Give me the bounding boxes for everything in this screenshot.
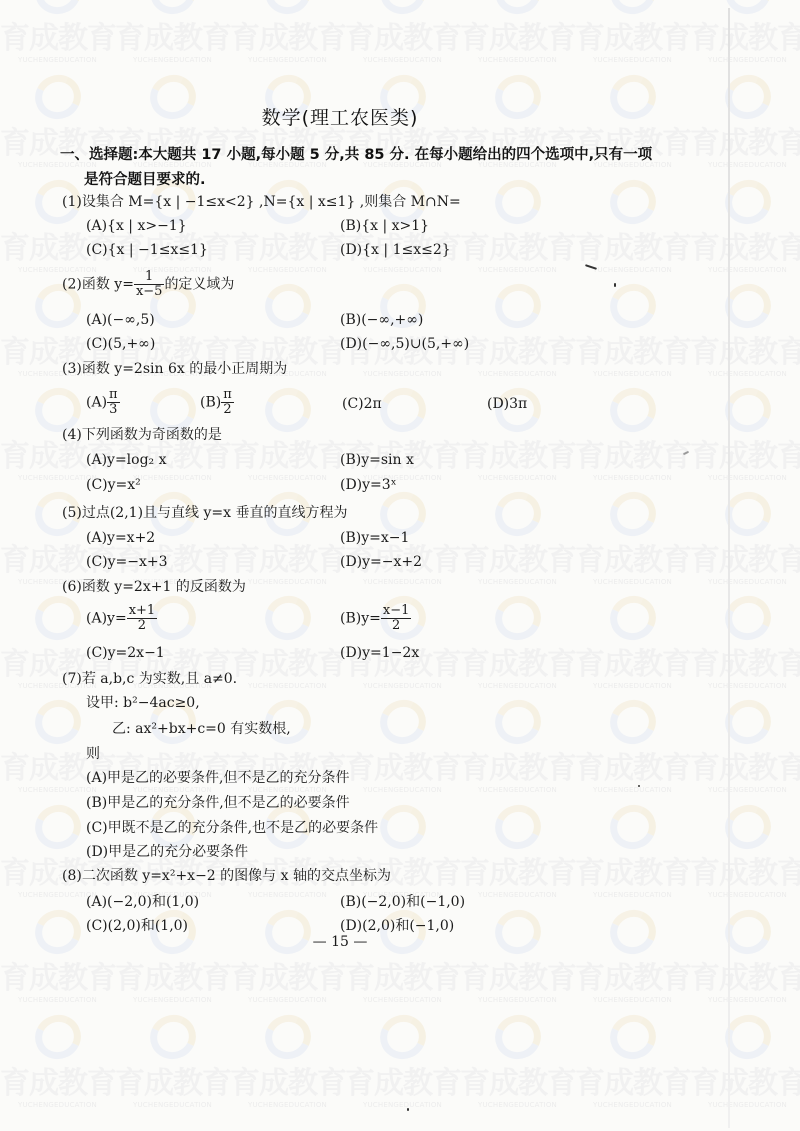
fraction: 1x−5: [134, 270, 165, 299]
question-number: (5): [62, 505, 82, 521]
question-number: (1): [62, 194, 82, 210]
q1-option-d: (D){x | 1≤x≤2}: [340, 240, 451, 260]
q7-then: 则: [86, 744, 100, 764]
q2-option-d: (D)(−∞,5)∪(5,+∞): [340, 334, 469, 354]
q8-option-c: (C)(2,0)和(1,0): [86, 916, 188, 936]
question-3: (3)函数 y=2sin 6x 的最小正周期为: [62, 359, 287, 379]
fraction-numerator: π: [221, 388, 234, 403]
question-stem: 若 a,b,c 为实数,且 a≠0.: [82, 671, 237, 687]
question-stem: 函数 y=2x+1 的反函数为: [82, 579, 246, 595]
q5-option-c: (C)y=−x+3: [86, 552, 168, 572]
exam-page: 数学(理工农医类) 一、选择题:本大题共 17 小题,每小题 5 分,共 85 …: [0, 0, 800, 1131]
q3-option-b: (B)π2: [200, 388, 234, 417]
question-8: (8)二次函数 y=x²+x−2 的图像与 x 轴的交点坐标为: [62, 866, 391, 886]
question-stem: 函数 y=2sin 6x 的最小正周期为: [82, 361, 287, 377]
fraction-numerator: x+1: [127, 604, 158, 619]
q6-option-c: (C)y=2x−1: [86, 643, 165, 663]
fraction-numerator: x−1: [381, 604, 412, 619]
q3-option-a: (A)π3: [86, 388, 120, 417]
question-number: (4): [62, 427, 82, 443]
question-number: (2): [62, 277, 82, 293]
q7-condition-jia: 设甲: b²−4ac≥0,: [86, 693, 200, 713]
q8-option-b: (B)(−2,0)和(−1,0): [340, 892, 465, 912]
fraction: π2: [221, 388, 234, 417]
q4-option-c: (C)y=x²: [86, 475, 141, 495]
q4-option-a: (A)y=log₂ x: [86, 450, 167, 470]
fraction: x+12: [127, 604, 158, 633]
scan-speck: [638, 785, 640, 787]
question-number: (3): [62, 361, 82, 377]
q6-option-a: (A)y=x+12: [86, 604, 157, 633]
question-1: (1)设集合 M={x | −1≤x<2} ,N={x | x≤1} ,则集合 …: [62, 192, 461, 212]
question-stem: 下列函数为奇函数的是: [82, 427, 222, 443]
option-label: (A): [86, 395, 107, 411]
fraction-denominator: 2: [221, 403, 234, 417]
page-number: — 15 —: [0, 934, 680, 950]
q7-option-b: (B)甲是乙的充分条件,但不是乙的必要条件: [86, 793, 350, 813]
q8-option-d: (D)(2,0)和(−1,0): [340, 916, 454, 936]
scan-speck: [614, 283, 616, 287]
q1-option-b: (B){x | x>1}: [340, 216, 429, 236]
q6-option-b: (B)y=x−12: [340, 604, 411, 633]
fraction: π3: [107, 388, 120, 417]
q5-option-a: (A)y=x+2: [86, 528, 155, 548]
q3-option-d: (D)3π: [487, 394, 527, 414]
section-heading-line2: 是符合题目要求的.: [60, 168, 680, 193]
section-heading: 一、选择题:本大题共 17 小题,每小题 5 分,共 85 分. 在每小题给出的…: [60, 143, 680, 193]
q7-option-c: (C)甲既不是乙的充分条件,也不是乙的必要条件: [86, 818, 378, 838]
fraction-denominator: x−5: [134, 285, 165, 299]
scan-speck: [585, 264, 597, 270]
q1-option-a: (A){x | x>−1}: [86, 216, 187, 236]
fraction-numerator: π: [107, 388, 120, 403]
question-number: (6): [62, 579, 82, 595]
page-title: 数学(理工农医类): [0, 103, 680, 130]
question-number: (7): [62, 671, 82, 687]
question-stem: 二次函数 y=x²+x−2 的图像与 x 轴的交点坐标为: [82, 868, 391, 884]
option-label: (A)y=: [86, 611, 127, 627]
fraction-denominator: 2: [127, 619, 158, 633]
question-6: (6)函数 y=2x+1 的反函数为: [62, 577, 246, 597]
q4-option-d: (D)y=3ˣ: [340, 475, 397, 495]
q5-option-b: (B)y=x−1: [340, 528, 409, 548]
section-heading-line1: 一、选择题:本大题共 17 小题,每小题 5 分,共 85 分. 在每小题给出的…: [60, 147, 652, 163]
question-2: (2)函数 y=1x−5的定义域为: [62, 270, 234, 299]
fraction: x−12: [381, 604, 412, 633]
fraction-denominator: 2: [381, 619, 412, 633]
fraction-numerator: 1: [134, 270, 165, 285]
option-label: (B): [200, 395, 221, 411]
question-5: (5)过点(2,1)且与直线 y=x 垂直的直线方程为: [62, 503, 347, 523]
question-stem-suffix: 的定义域为: [164, 277, 234, 293]
q1-option-c: (C){x | −1≤x≤1}: [86, 240, 208, 260]
q7-option-d: (D)甲是乙的充分必要条件: [86, 842, 248, 862]
q6-option-d: (D)y=1−2x: [340, 643, 419, 663]
q2-option-a: (A)(−∞,5): [86, 310, 155, 330]
q4-option-b: (B)y=sin x: [340, 450, 414, 470]
option-label: (B)y=: [340, 611, 381, 627]
scan-speck: [407, 1108, 409, 1111]
scan-speck: [683, 451, 689, 455]
q5-option-d: (D)y=−x+2: [340, 552, 422, 572]
question-4: (4)下列函数为奇函数的是: [62, 425, 222, 445]
question-7: (7)若 a,b,c 为实数,且 a≠0.: [62, 669, 237, 689]
fraction-denominator: 3: [107, 403, 120, 417]
q8-option-a: (A)(−2,0)和(1,0): [86, 892, 199, 912]
q7-option-a: (A)甲是乙的必要条件,但不是乙的充分条件: [86, 768, 349, 788]
question-number: (8): [62, 868, 82, 884]
question-stem: 设集合 M={x | −1≤x<2} ,N={x | x≤1} ,则集合 M∩N…: [82, 194, 461, 210]
question-stem-prefix: 函数 y=: [82, 277, 134, 293]
q7-condition-yi: 乙: ax²+bx+c=0 有实数根,: [112, 719, 291, 739]
q2-option-b: (B)(−∞,+∞): [340, 310, 423, 330]
q2-option-c: (C)(5,+∞): [86, 334, 155, 354]
question-stem: 过点(2,1)且与直线 y=x 垂直的直线方程为: [82, 505, 348, 521]
q3-option-c: (C)2π: [342, 394, 382, 414]
